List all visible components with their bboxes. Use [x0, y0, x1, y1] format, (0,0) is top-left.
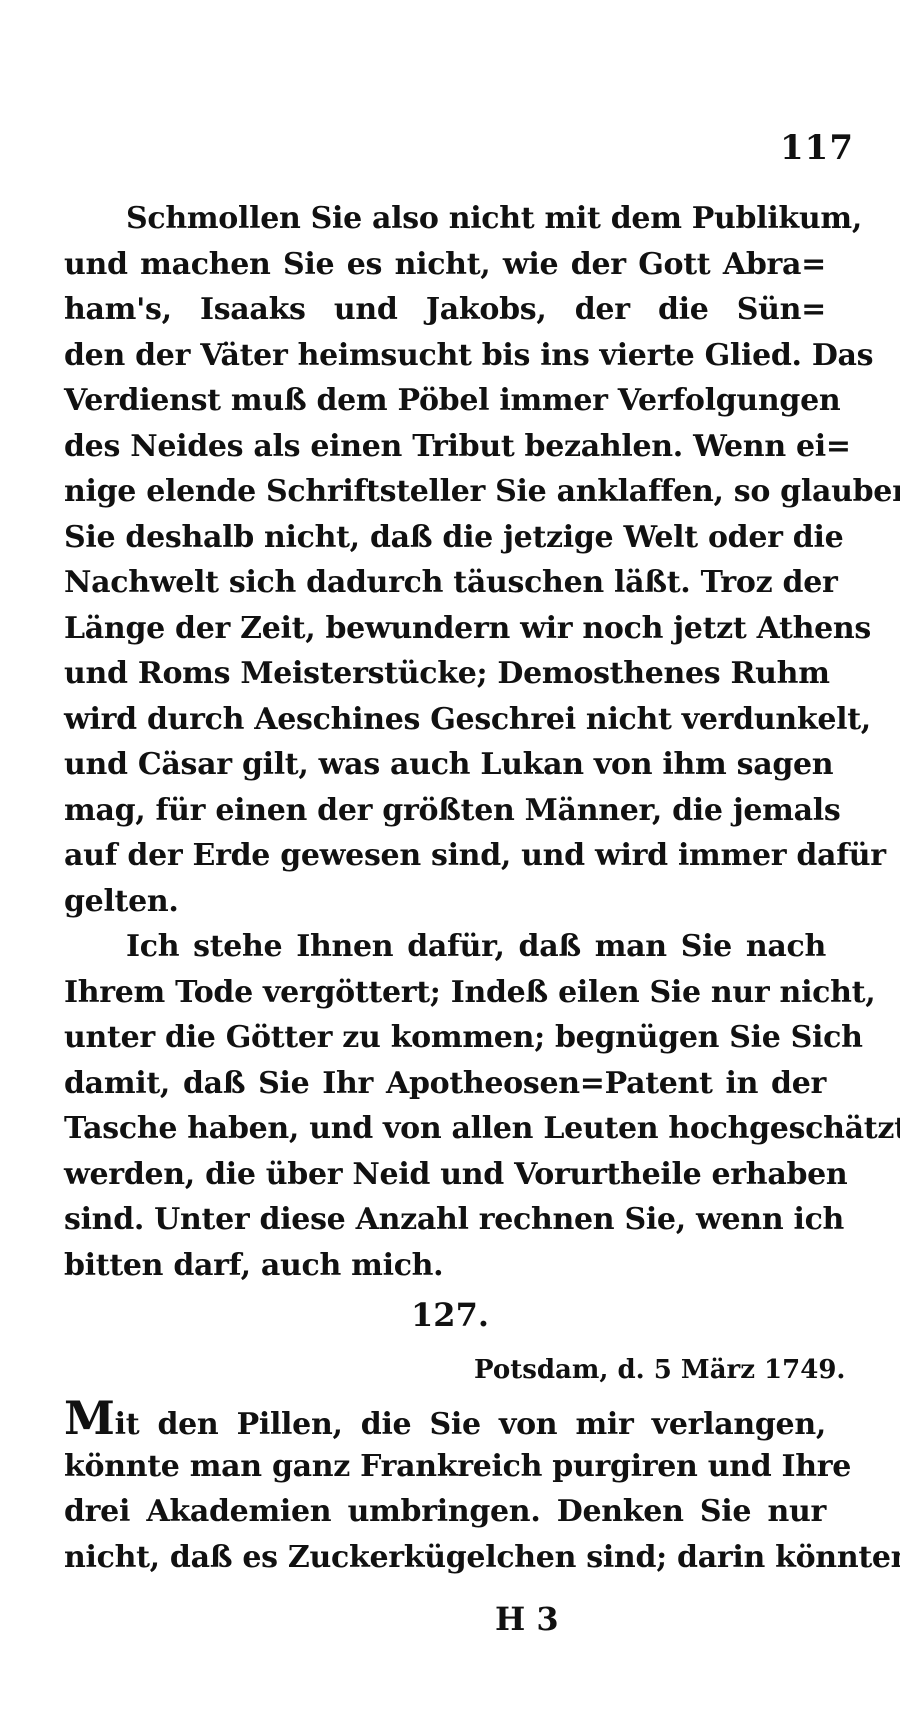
text-line: Länge der Zeit, bewundern wir noch jetzt…	[64, 606, 826, 652]
first-section-text: Schmollen Sie also nicht mit dem Publiku…	[64, 196, 826, 1288]
text-line: und Cäsar gilt, was auch Lukan von ihm s…	[64, 742, 826, 788]
text-line: des Neides als einen Tribut bezahlen. We…	[64, 424, 826, 470]
text-line-rest: it den Pillen, die Sie von mir verlangen…	[115, 1407, 826, 1442]
text-line: und machen Sie es nicht, wie der Gott Ab…	[64, 242, 826, 288]
text-line: damit, daß Sie Ihr Apotheosen=Patent in …	[64, 1061, 826, 1107]
text-line: nige elende Schriftsteller Sie anklaffen…	[64, 469, 826, 515]
letter-dateline: Potsdam, d. 5 März 1749.	[474, 1355, 845, 1385]
text-line: sind. Unter diese Anzahl rechnen Sie, we…	[64, 1197, 826, 1243]
text-line: könnte man ganz Frankreich purgiren und …	[64, 1444, 826, 1490]
text-line: Schmollen Sie also nicht mit dem Publiku…	[64, 196, 826, 242]
page-number: 117	[780, 128, 854, 168]
letter-text: Mit den Pillen, die Sie von mir verlange…	[64, 1398, 826, 1580]
text-line: den der Väter heimsucht bis ins vierte G…	[64, 333, 826, 379]
text-line: mag, für einen der größten Männer, die j…	[64, 788, 826, 834]
text-line: nicht, daß es Zuckerkügelchen sind; dari…	[64, 1535, 826, 1581]
text-line: drei Akademien umbringen. Denken Sie nur	[64, 1489, 826, 1535]
book-page: 117 Schmollen Sie also nicht mit dem Pub…	[0, 0, 900, 1725]
text-line: Tasche haben, und von allen Leuten hochg…	[64, 1106, 826, 1152]
text-line: Ihrem Tode vergöttert; Indeß eilen Sie n…	[64, 970, 826, 1016]
drop-cap: M	[64, 1391, 115, 1445]
text-line: wird durch Aeschines Geschrei nicht verd…	[64, 697, 826, 743]
text-line: und Roms Meisterstücke; Demosthenes Ruhm	[64, 651, 826, 697]
text-line: Nachwelt sich dadurch täuschen läßt. Tro…	[64, 560, 826, 606]
text-line: auf der Erde gewesen sind, und wird imme…	[64, 833, 826, 879]
text-line: Sie deshalb nicht, daß die jetzige Welt …	[64, 515, 826, 561]
printer-signature-mark: H 3	[495, 1600, 559, 1638]
text-line: ham's, Isaaks und Jakobs, der die Sün=	[64, 287, 826, 333]
text-line: Verdienst muß dem Pöbel immer Verfolgung…	[64, 378, 826, 424]
text-line: gelten.	[64, 879, 826, 925]
text-line: bitten darf, auch mich.	[64, 1243, 826, 1289]
text-line: Mit den Pillen, die Sie von mir verlange…	[64, 1398, 826, 1444]
text-line: Ich stehe Ihnen dafür, daß man Sie nach	[64, 924, 826, 970]
text-line: unter die Götter zu kommen; begnügen Sie…	[64, 1015, 826, 1061]
letter-number-heading: 127.	[0, 1296, 900, 1334]
text-line: werden, die über Neid und Vorurtheile er…	[64, 1152, 826, 1198]
